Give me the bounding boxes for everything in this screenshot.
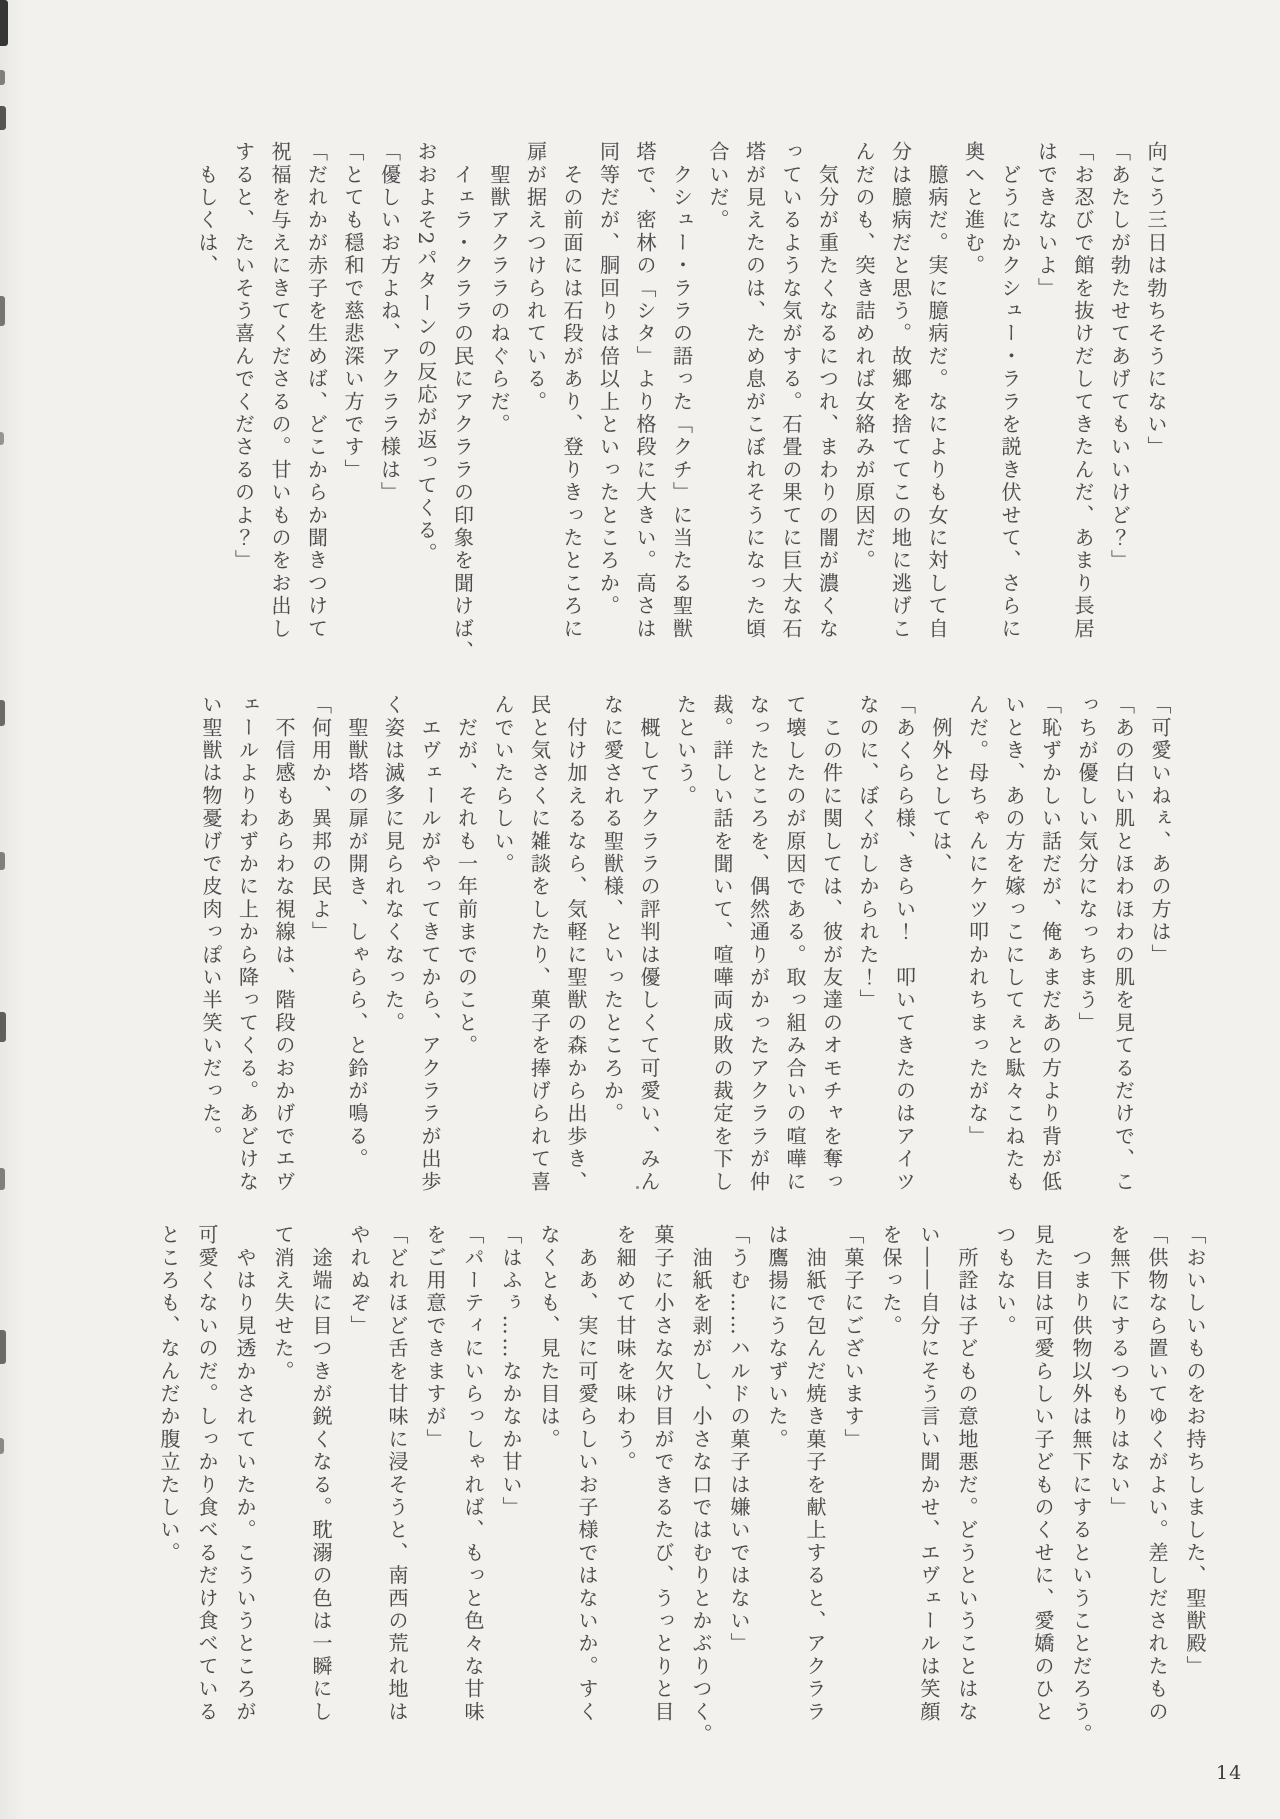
text-column: 「あたしが勃たせてあげてもいいけど？」 xyxy=(1101,141,1138,653)
text-column: 油紙で包んだ焼き菓子を献上すると、アクララ xyxy=(796,1224,834,1736)
text-column: 例外としては、 xyxy=(923,694,960,1206)
text-column: っているような気がする。石畳の果てに巨大な石 xyxy=(773,141,810,653)
text-column: だが、それも一年前までのこと。 xyxy=(448,694,485,1206)
text-column: 扉が据えつけられている。 xyxy=(517,141,554,653)
scan-artifact xyxy=(0,1438,4,1454)
text-column: 気分が重たくなるにつれ、まわりの闇が濃くな xyxy=(809,141,846,653)
text-column: 「あの白い肌とほわほわの肌を見てるだけで、こ xyxy=(1105,694,1142,1206)
scan-artifact xyxy=(0,70,5,85)
text-column: んでいたらしい。 xyxy=(485,694,522,1206)
text-column: 可愛くないのだ。しっかり食べるだけ食べている xyxy=(188,1224,226,1736)
text-column: 同等だが、胴回りは倍以上といったところか。 xyxy=(590,141,627,653)
text-column: 「とても穏和で慈悲深い方です」 xyxy=(335,141,372,653)
text-column: 聖獣塔の扉が開き、しゃらら、と鈴が鳴る。 xyxy=(339,694,376,1206)
text-column: 塔で、密林の「シタ」より格段に大きい。高さは xyxy=(627,141,664,653)
text-column: 概してアクララの評判は優しくて可愛い、みん xyxy=(631,694,668,1206)
text-band-top: 向こう三日は勃ちそうにない」「あたしが勃たせてあげてもいいけど？」「お忍びで館を… xyxy=(189,141,1175,653)
text-column: 付け加えるなら、気軽に聖獣の森から出歩き、 xyxy=(558,694,595,1206)
text-column: 油紙を剥がし、小さな口ではむりとかぶりつく。 xyxy=(682,1224,720,1736)
text-column: いとき、あの方を嫁っこにしてぇと駄々こねたも xyxy=(996,694,1033,1206)
text-column: 所詮は子どもの意地悪だ。どうということはな xyxy=(948,1224,986,1736)
text-column: エヴェールがやってきてから、アクララが出歩 xyxy=(412,694,449,1206)
text-column: 「菓子にございます」 xyxy=(834,1224,872,1736)
text-column: んだのも、突き詰めれば女絡みが原因だ。 xyxy=(846,141,883,653)
text-column: 民と気さくに雑談をしたり、菓子を捧げられて喜 xyxy=(521,694,558,1206)
text-column: 「供物なら置いてゆくがよい。差しだされたもの xyxy=(1138,1224,1176,1736)
text-column: 合いだ。 xyxy=(700,141,737,653)
text-column: て消え失せた。 xyxy=(264,1224,302,1736)
text-column: 祝福を与えにきてくださるの。甘いものをお出し xyxy=(262,141,299,653)
text-column: て壊したのが原因である。取っ組み合いの喧嘩に xyxy=(777,694,814,1206)
scanned-page: 向こう三日は勃ちそうにない」「あたしが勃たせてあげてもいいけど？」「お忍びで館を… xyxy=(0,0,1280,1819)
text-column: 裁。詳しい話を聞いて、喧嘩両成敗の裁定を下し xyxy=(704,694,741,1206)
text-band-middle: 「可愛いねぇ、あの方は」「あの白い肌とほわほわの肌を見てるだけで、こっちが優しい… xyxy=(193,694,1179,1206)
text-column: 「はふぅ……なかなか甘い」 xyxy=(492,1224,530,1736)
page-number: 14 xyxy=(1216,1762,1242,1784)
text-column: っちが優しい気分になっちまう」 xyxy=(1069,694,1106,1206)
text-column: クシュー・ララの語った「クチ」に当たる聖獣 xyxy=(663,141,700,653)
text-column: を無下にするつもりはない」 xyxy=(1100,1224,1138,1736)
text-column: ところも、なんだか腹立たしい。 xyxy=(150,1224,188,1736)
text-column: 不信感もあらわな視線は、階段のおかげでエヴ xyxy=(266,694,303,1206)
text-column: 奥へと進む。 xyxy=(955,141,992,653)
text-column: 分は臆病だと思う。故郷を捨ててこの地に逃げこ xyxy=(882,141,919,653)
text-column: この件に関しては、彼が友達のオモチャを奪っ xyxy=(813,694,850,1206)
text-column: イェラ・クララの民にアクララの印象を聞けば、 xyxy=(444,141,481,653)
scan-artifact xyxy=(0,852,5,870)
text-column: 「どれほど舌を甘味に浸そうと、南西の荒れ地は xyxy=(378,1224,416,1736)
text-band-bottom: 「おいしいものをお持ちしました、聖獣殿」「供物なら置いてゆくがよい。差しだされた… xyxy=(150,1224,1214,1736)
scan-artifact xyxy=(0,1012,6,1042)
text-column: 聖獣アクララのねぐらだ。 xyxy=(481,141,518,653)
scan-artifact xyxy=(0,0,8,46)
text-column: 途端に目つきが鋭くなる。耽溺の色は一瞬にし xyxy=(302,1224,340,1736)
text-column: ああ、実に可愛らしいお子様ではないか。すく xyxy=(568,1224,606,1736)
text-column: その前面には石段があり、登りきったところに xyxy=(554,141,591,653)
text-column: く姿は滅多に見られなくなった。 xyxy=(375,694,412,1206)
text-column: つまり供物以外は無下にするということだろう。 xyxy=(1062,1224,1100,1736)
scan-artifact xyxy=(0,296,5,326)
text-column: い――自分にそう言い聞かせ、エヴェールは笑顔 xyxy=(910,1224,948,1736)
text-column: 臆病だ。実に臆病だ。なによりも女に対して自 xyxy=(919,141,956,653)
text-column: はできないよ」 xyxy=(1028,141,1065,653)
scan-artifact xyxy=(0,700,5,726)
text-column: なくとも、見た目は。 xyxy=(530,1224,568,1736)
text-column: なのに、ぼくがしかられた！」 xyxy=(850,694,887,1206)
text-column: を保った。 xyxy=(872,1224,910,1736)
text-column: をご用意できますが」 xyxy=(416,1224,454,1736)
text-column: なに愛される聖獣様、といったところか。 xyxy=(594,694,631,1206)
text-column: やれぬぞ」 xyxy=(340,1224,378,1736)
text-column: 「恥ずかしい話だが、俺ぁまだあの方より背が低 xyxy=(1032,694,1069,1206)
text-column: 向こう三日は勃ちそうにない」 xyxy=(1138,141,1175,653)
text-column: おおよそ2パターンの反応が返ってくる。 xyxy=(408,141,445,653)
scan-artifact xyxy=(0,432,4,445)
text-column: ェールよりわずかに上から降ってくる。あどけな xyxy=(229,694,266,1206)
text-column: どうにかクシュー・ララを説き伏せて、さらに xyxy=(992,141,1029,653)
text-column: 「パーティにいらっしゃれば、もっと色々な甘味 xyxy=(454,1224,492,1736)
text-column: 「お忍びで館を抜けだしてきたんだ、あまり長居 xyxy=(1065,141,1102,653)
text-column: 「うむ……ハルドの菓子は嫌いではない」 xyxy=(720,1224,758,1736)
text-column: たという。 xyxy=(667,694,704,1206)
text-column: つもない。 xyxy=(986,1224,1024,1736)
text-column: を細めて甘味を味わう。 xyxy=(606,1224,644,1736)
scan-artifact xyxy=(0,1168,5,1190)
text-column: 「何用か、異邦の民よ」 xyxy=(302,694,339,1206)
scan-speck xyxy=(636,1186,639,1189)
text-column: 見た目は可愛らしい子どものくせに、愛嬌のひと xyxy=(1024,1224,1062,1736)
text-column: なったところを、偶然通りがかったアクララが仲 xyxy=(740,694,777,1206)
text-column: やはり見透かされていたか。こういうところが xyxy=(226,1224,264,1736)
text-column: すると、たいそう喜んでくださるのよ？」 xyxy=(225,141,262,653)
text-column: 「おいしいものをお持ちしました、聖獣殿」 xyxy=(1176,1224,1214,1736)
text-column: い聖獣は物憂げで皮肉っぽい半笑いだった。 xyxy=(193,694,230,1206)
text-column: 「あくらら様、きらい！ 叩いてきたのはアイツ xyxy=(886,694,923,1206)
text-column: は鷹揚にうなずいた。 xyxy=(758,1224,796,1736)
text-column: 「可愛いねぇ、あの方は」 xyxy=(1142,694,1179,1206)
text-column: もしくは、 xyxy=(189,141,226,653)
scan-artifact xyxy=(0,1330,6,1364)
text-column: 「だれかが赤子を生めば、どこからか聞きつけて xyxy=(298,141,335,653)
text-column: 塔が見えたのは、ため息がこぼれそうになった頃 xyxy=(736,141,773,653)
text-column: 菓子に小さな欠け目ができるたび、うっとりと目 xyxy=(644,1224,682,1736)
scan-artifact xyxy=(0,106,6,130)
text-column: んだ。母ちゃんにケツ叩かれちまったがな」 xyxy=(959,694,996,1206)
text-column: 「優しいお方よね、アクララ様は」 xyxy=(371,141,408,653)
